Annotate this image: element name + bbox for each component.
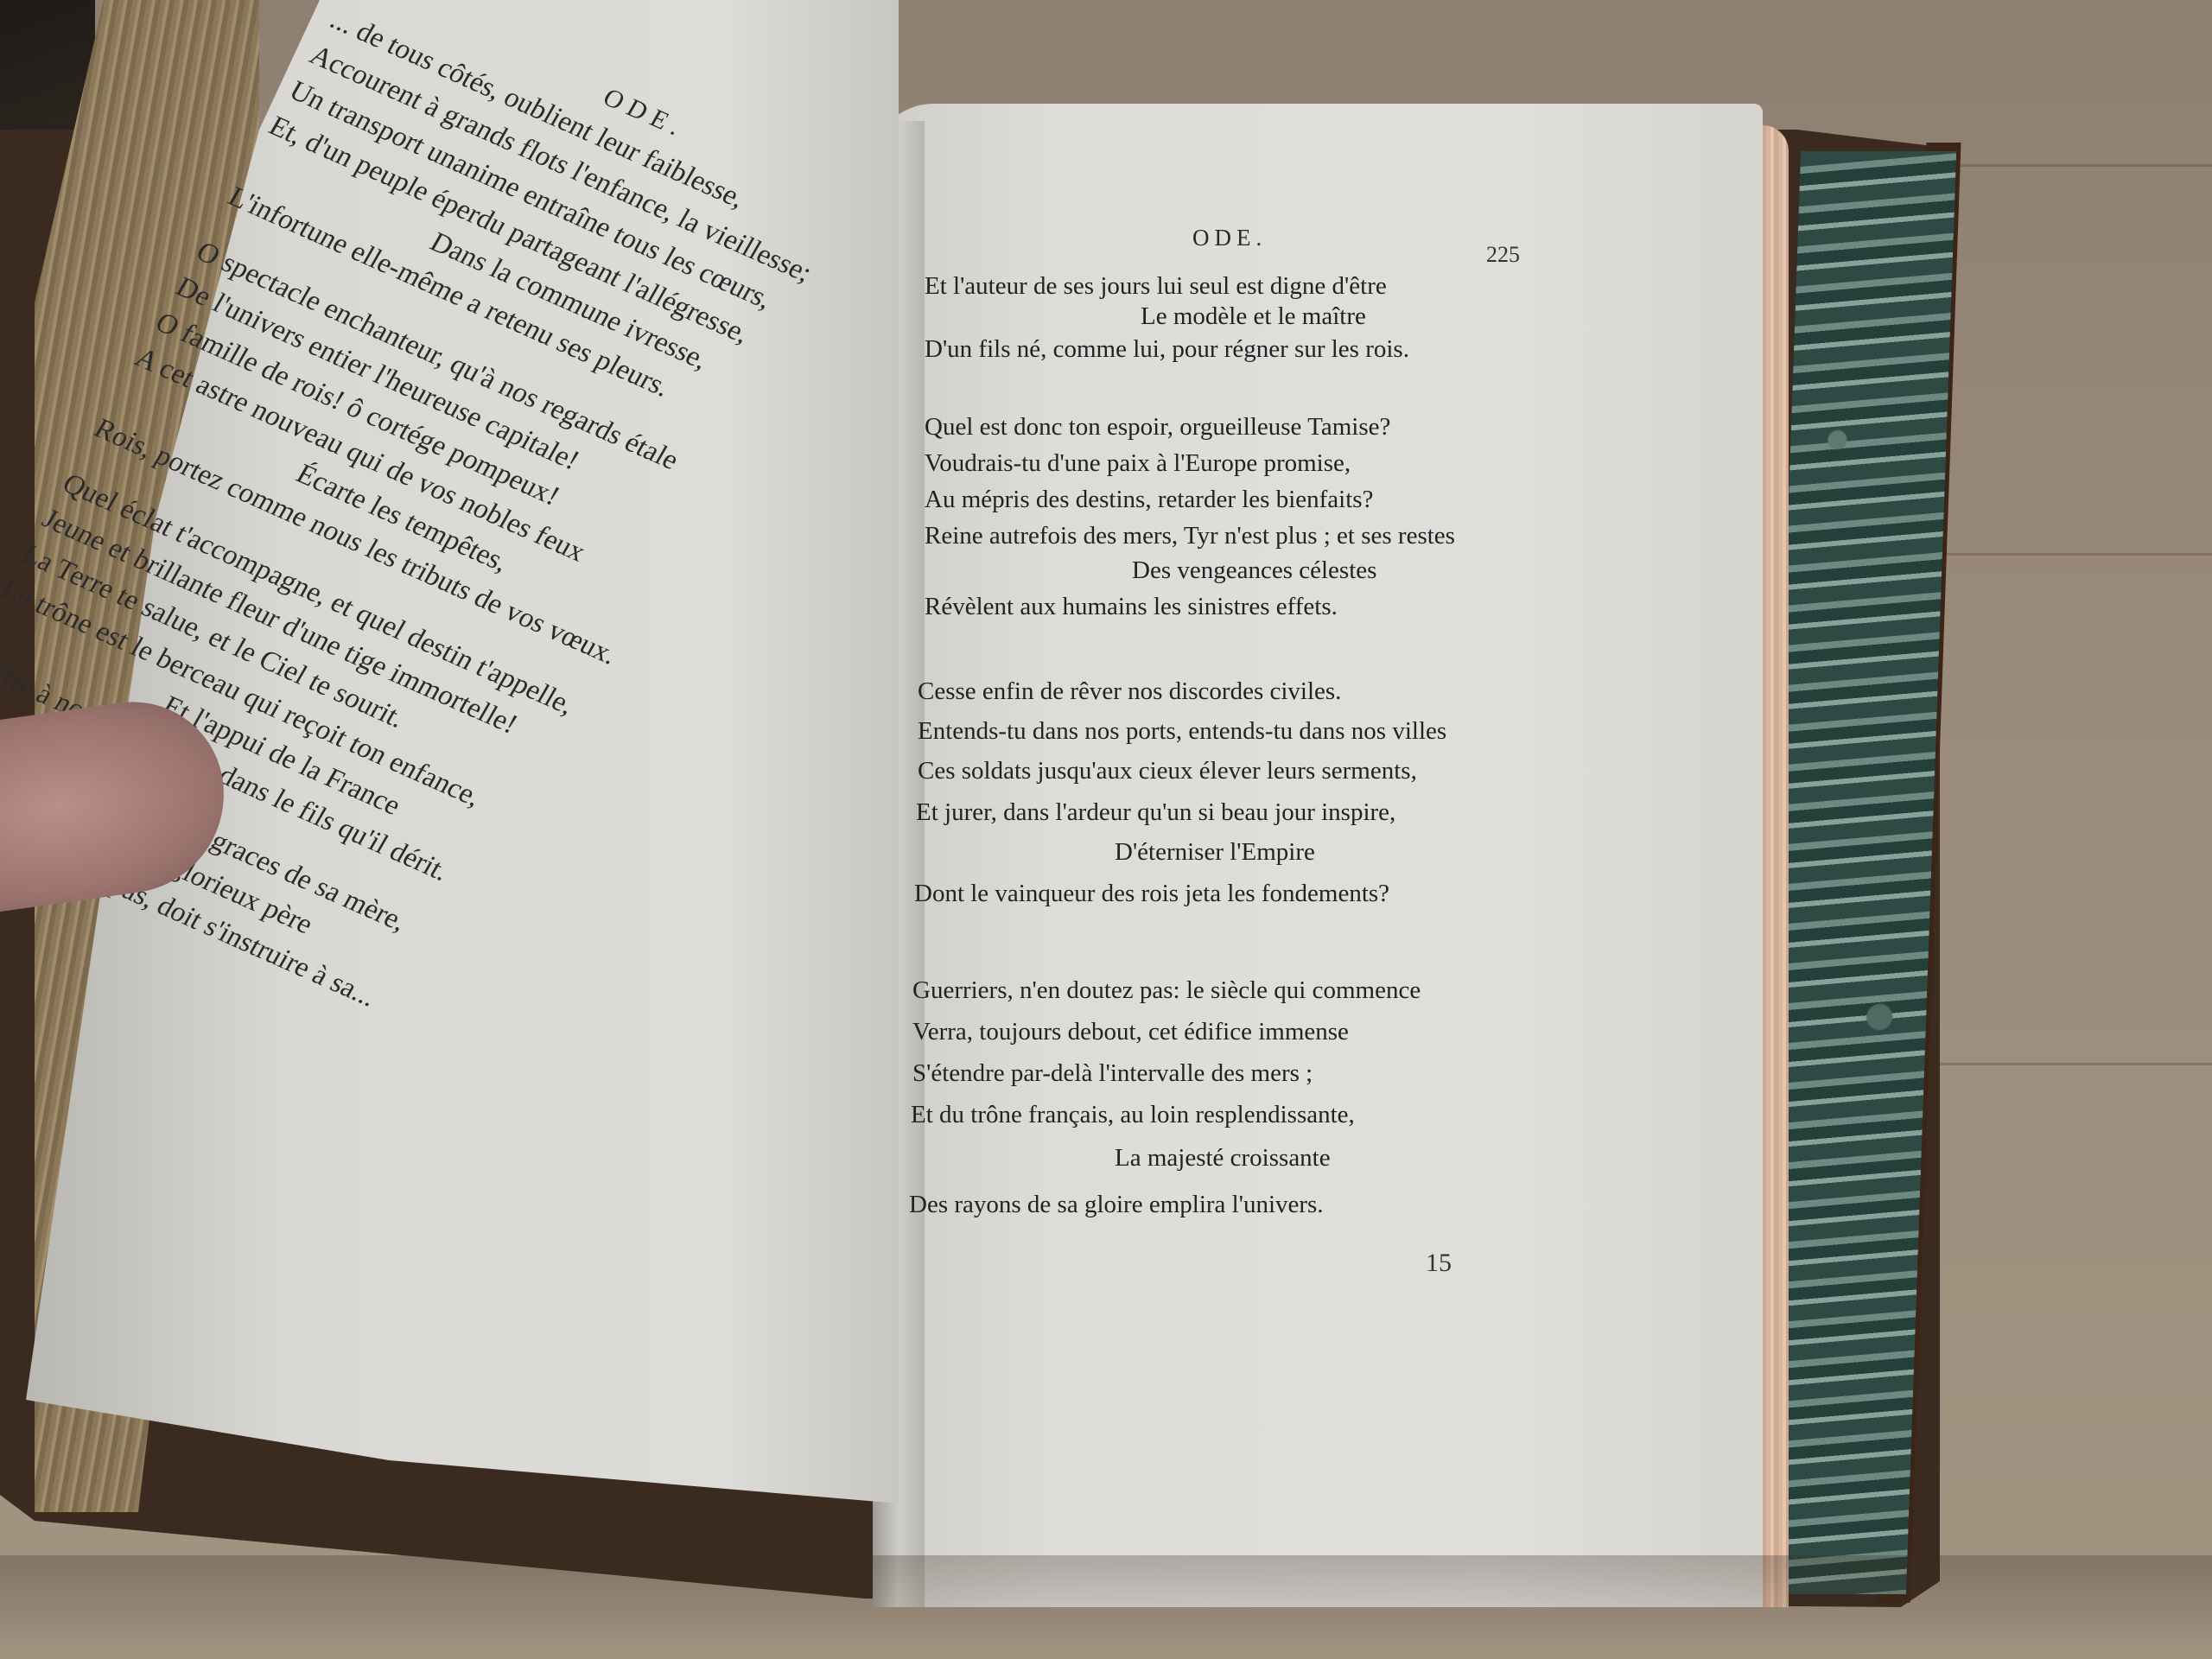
verse-line: Au mépris des destins, retarder les bien… bbox=[925, 486, 1373, 514]
verse-line: Des vengeances célestes bbox=[994, 556, 1376, 585]
table-shadow bbox=[0, 1555, 2212, 1659]
right-running-head: ODE. bbox=[1192, 225, 1267, 251]
signature-mark: 15 bbox=[1426, 1249, 1452, 1278]
verse-line: S'étendre par-delà l'intervalle des mers… bbox=[912, 1059, 1313, 1088]
verse-line: Et jurer, dans l'ardeur qu'un si beau jo… bbox=[916, 798, 1395, 827]
verse-line: Verra, toujours debout, cet édifice imme… bbox=[912, 1018, 1349, 1046]
verse-line: Quel est donc ton espoir, orgueilleuse T… bbox=[925, 413, 1390, 442]
verse-line: Révèlent aux humains les sinistres effet… bbox=[925, 593, 1338, 621]
verse-line: Entends-tu dans nos ports, entends-tu da… bbox=[918, 717, 1446, 746]
verse-line: La majesté croissante bbox=[976, 1144, 1331, 1173]
page-number: 225 bbox=[1486, 242, 1520, 268]
verse-line: Cesse enfin de rêver nos discordes civil… bbox=[918, 677, 1341, 706]
verse-line: D'éterniser l'Empire bbox=[976, 838, 1315, 867]
verse-line: Reine autrefois des mers, Tyr n'est plus… bbox=[925, 522, 1455, 550]
verse-line: Des rayons de sa gloire emplira l'univer… bbox=[909, 1191, 1324, 1219]
verse-line: D'un fils né, comme lui, pour régner sur… bbox=[925, 335, 1409, 364]
verse-line: Le modèle et le maître bbox=[1002, 302, 1366, 331]
verse-line: Et l'auteur de ses jours lui seul est di… bbox=[925, 272, 1387, 301]
verse-line: Voudrais-tu d'une paix à l'Europe promis… bbox=[925, 449, 1351, 478]
verse-line: Dont le vainqueur des rois jeta les fond… bbox=[914, 880, 1389, 908]
verse-line: Ces soldats jusqu'aux cieux élever leurs… bbox=[918, 757, 1417, 785]
verse-line: Guerriers, n'en doutez pas: le siècle qu… bbox=[912, 976, 1421, 1005]
verse-line: Et du trône français, au loin resplendis… bbox=[911, 1101, 1355, 1129]
